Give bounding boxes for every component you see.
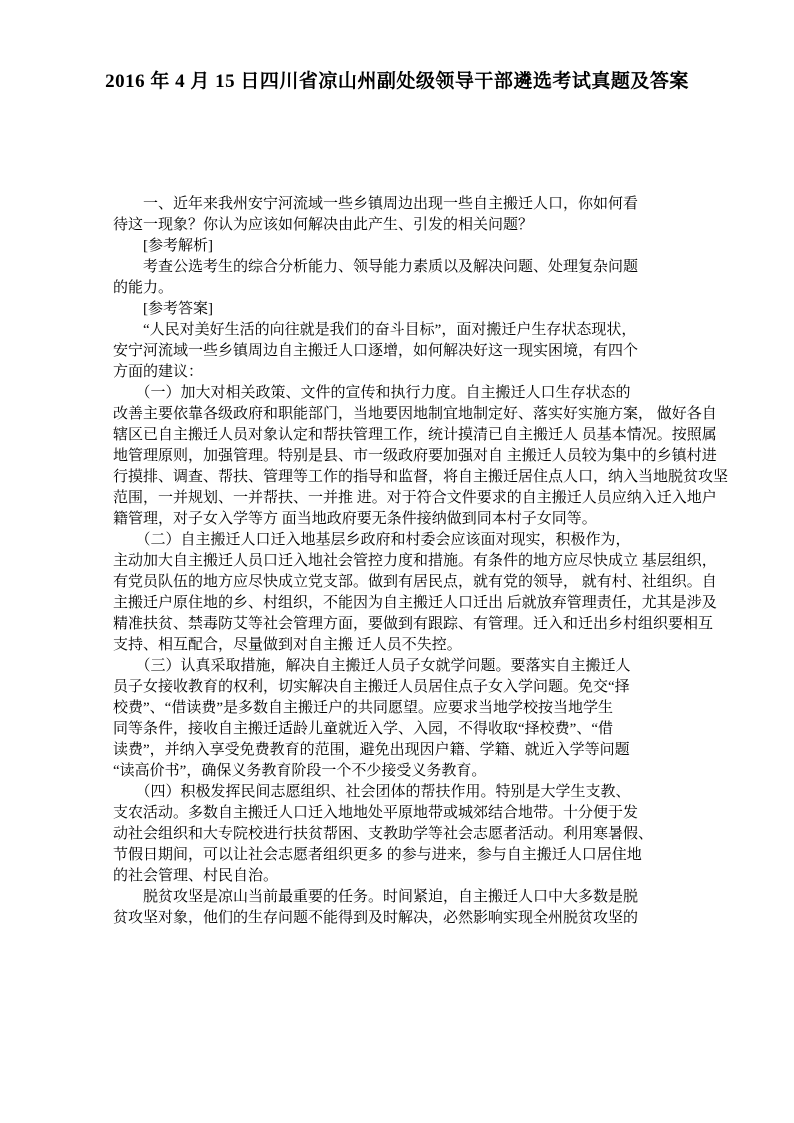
point-2-paragraph: （二）自主搬迁人口迁入地基层乡政府和村委会应该面对现实，积极作为， 主动加大自主… [113,530,683,656]
answer-label: [参考答案] [113,299,683,320]
point-3-paragraph: （三）认真采取措施，解决自主搬迁人员子女就学问题。要落实自主搬迁人 员子女接收教… [113,656,683,782]
point-1-paragraph: （一）加大对相关政策、文件的宣传和执行力度。自主搬迁人口生存状态的 改善主要依靠… [113,383,683,530]
point-4-paragraph: （四）积极发挥民间志愿组织、社会团体的帮扶作用。特别是大学生支教、 支农活动。多… [113,782,683,887]
question-paragraph: 一、近年来我州安宁河流域一些乡镇周边出现一些自主搬迁人口，你如何看 待这一现象？… [113,194,683,236]
document-page: 2016 年 4 月 15 日四川省凉山州副处级领导干部遴选考试真题及答案 一、… [0,0,794,1123]
closing-paragraph: 脱贫攻坚是凉山当前最重要的任务。时间紧迫，自主搬迁人口中大多数是脱 贫攻坚对象，… [113,887,683,929]
document-title: 2016 年 4 月 15 日四川省凉山州副处级领导干部遴选考试真题及答案 [0,0,794,95]
analysis-label: [参考解析] [113,236,683,257]
document-body: 一、近年来我州安宁河流域一些乡镇周边出现一些自主搬迁人口，你如何看 待这一现象？… [113,194,683,929]
answer-intro-paragraph: “人民对美好生活的向往就是我们的奋斗目标”，面对搬迁户生存状态现状， 安宁河流域… [113,320,683,383]
analysis-paragraph: 考查公选考生的综合分析能力、领导能力素质以及解决问题、处理复杂问题 的能力。 [113,257,683,299]
